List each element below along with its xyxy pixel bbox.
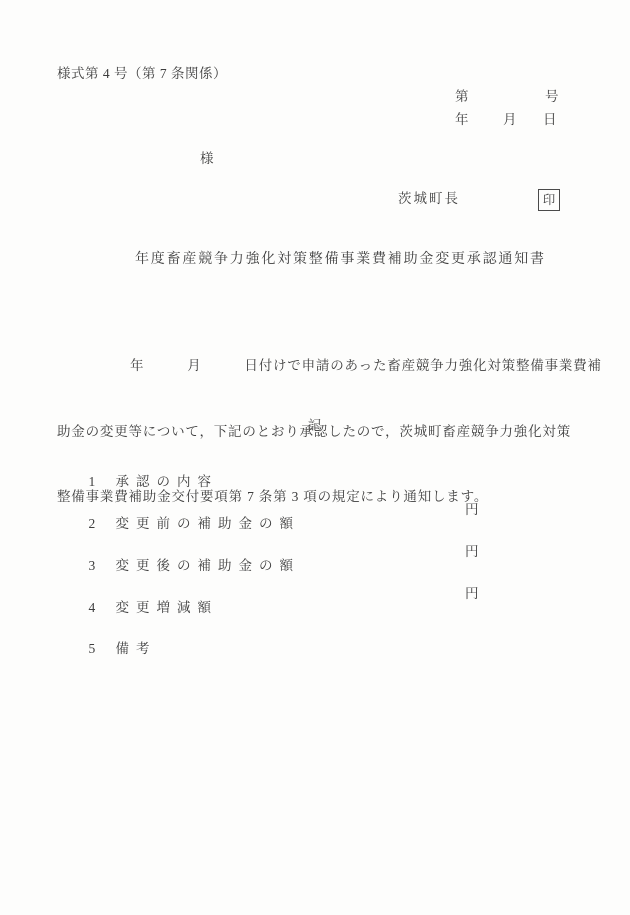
seal-mark: 印 — [538, 189, 560, 211]
item-label: 変更前の補助金の額 — [116, 516, 301, 531]
sender-name: 茨城町長 — [398, 192, 460, 206]
list-item-amount-before-change: 2変更前の補助金の額円 — [75, 503, 495, 544]
item-number: 5 — [89, 642, 116, 656]
form-number: 様式第 4 号（第 7 条関係） — [57, 67, 227, 81]
item-unit-yen: 円 — [465, 587, 479, 601]
item-number: 4 — [89, 601, 116, 615]
list-item-amount-after-change: 3変更後の補助金の額円 — [75, 545, 495, 586]
item-number: 3 — [89, 559, 116, 573]
body-line-1: 年 月 日付けで申請のあった畜産競争力強化対策整備事業費補 — [57, 355, 592, 377]
item-label: 承認の内容 — [116, 474, 219, 489]
date-month-label: 月 — [503, 113, 517, 127]
list-item-approval-content: 1承認の内容 — [75, 461, 495, 502]
item-label: 変更後の補助金の額 — [116, 558, 301, 573]
ki-heading: 記 — [0, 419, 630, 433]
document-title: 年度畜産競争力強化対策整備事業費補助金変更承認通知書 — [135, 253, 546, 267]
item-label: 変更増減額 — [116, 600, 219, 615]
item-unit-yen: 円 — [465, 503, 479, 517]
item-number: 1 — [89, 475, 116, 489]
item-number: 2 — [89, 517, 116, 531]
doc-number-suffix: 号 — [545, 90, 559, 104]
document-page: 様式第 4 号（第 7 条関係） 第 号 年 月 日 様 茨城町長 印 年度畜産… — [0, 0, 630, 915]
doc-number-prefix: 第 — [455, 90, 469, 104]
item-label: 備考 — [116, 641, 157, 656]
date-year-label: 年 — [455, 113, 469, 127]
date-day-label: 日 — [543, 113, 557, 127]
item-unit-yen: 円 — [465, 545, 479, 559]
list-item-change-difference: 4変更増減額円 — [75, 587, 495, 628]
list-item-remarks: 5備考 — [75, 628, 495, 669]
addressee-honorific: 様 — [200, 152, 214, 166]
